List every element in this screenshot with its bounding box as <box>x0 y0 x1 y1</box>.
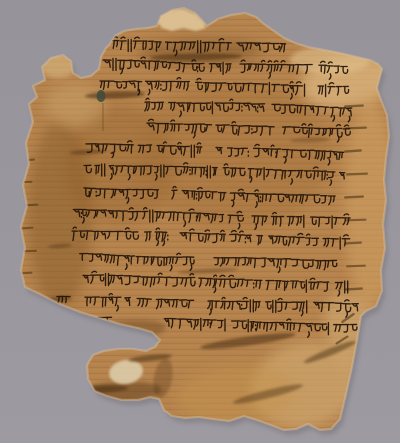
ink-blot <box>97 90 106 102</box>
manuscript-artwork <box>0 0 400 443</box>
manuscript-photo <box>0 0 400 443</box>
